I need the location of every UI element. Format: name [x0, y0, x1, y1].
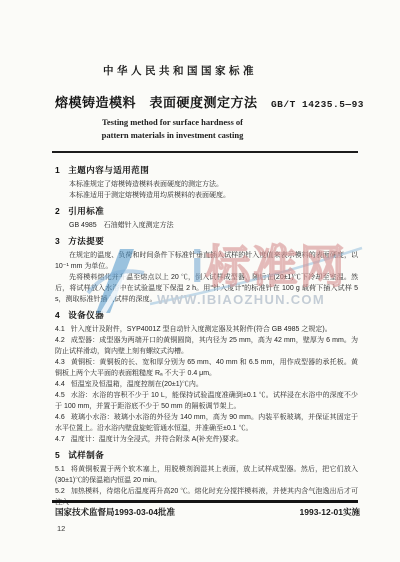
clause-text: 将黄铜板置于两个软木塞上，用脱模剂润湿其上表面，放上试样成型器。然后，把它们放入…: [55, 466, 358, 484]
clause-5-2: 5.2加热模料，待熔化后温度再升高20 ℃。熔化时充分搅拌模料液，并使其内含气泡…: [55, 486, 358, 508]
clause-number: 4.1: [55, 326, 65, 333]
clause-4-7: 4.7温度计：温度计为全浸式，并符合附录 A(补充件)要求。: [55, 434, 358, 445]
section-number: 3: [55, 236, 60, 246]
clause-5-1: 5.1将黄铜板置于两个软木塞上，用脱模剂润湿其上表面，放上试样成型器。然后，把它…: [55, 464, 358, 486]
title-en-line1: Testing method for surface hardness of: [0, 116, 345, 129]
section-3-heading: 3方法提要: [55, 236, 358, 247]
section-1-heading: 1主题内容与适用范围: [55, 165, 358, 176]
paragraph: 本标准适用于测定熔模铸造用均质模料的表面硬度。: [55, 190, 358, 201]
document-body: 1主题内容与适用范围 本标准规定了熔模铸造模料表面硬度的测定方法。 本标准适用于…: [55, 160, 358, 508]
clause-number: 4.2: [55, 337, 65, 344]
clause-number: 4.7: [55, 436, 65, 443]
section-number: 5: [55, 450, 60, 460]
clause-4-6: 4.6玻璃小水浴：玻璃小水浴的外径为 140 mm，高为 90 mm。内装平板玻…: [55, 412, 358, 434]
clause-text: 恒温室及恒温箱，温度控制在(20±1)℃内。: [71, 381, 203, 388]
clause-text: 温度计：温度计为全浸式，并符合附录 A(补充件)要求。: [71, 436, 243, 443]
document-title-en: Testing method for surface hardness of p…: [0, 116, 345, 142]
section-number: 4: [55, 310, 60, 320]
referenced-standard: GB 4985 石油蜡针入度测定方法: [55, 220, 358, 231]
section-number: 1: [55, 165, 60, 175]
clause-number: 4.4: [55, 381, 65, 388]
title-en-line2: pattern materials in investment casting: [0, 129, 345, 142]
paragraph: 在规定的温度、负荷和时间条件下标准针垂直插入试样的针入度值来表示模料的表面硬度，…: [55, 250, 358, 272]
clause-number: 5.1: [55, 466, 65, 473]
header-divider: [52, 151, 358, 153]
section-2-heading: 2引用标准: [55, 206, 358, 217]
clause-text: 黄铜板：黄铜板的长、宽和厚分别为 65 mm、40 mm 和 6.5 mm，用作…: [55, 359, 358, 377]
section-number: 2: [55, 206, 60, 216]
clause-4-1: 4.1针入度计及附件，SYP4001Z 型自动针入度测定器及其附件(符合 GB …: [55, 324, 358, 335]
clause-number: 4.5: [55, 392, 65, 399]
implementation-date: 1993-12-01实施: [300, 506, 360, 518]
section-title: 设备仪器: [68, 310, 104, 320]
scanned-standard-page: 中华人民共和国国家标准 熔模铸造模料 表面硬度测定方法 GB/T 14235.5…: [0, 0, 400, 562]
section-title: 方法提要: [68, 236, 104, 246]
clause-4-5: 4.5水浴：水浴的容积不少于 10 L，能保持试验温度准确到±0.1 ℃。试样浸…: [55, 390, 358, 412]
footer-divider: [52, 500, 358, 503]
clause-text: 水浴：水浴的容积不少于 10 L，能保持试验温度准确到±0.1 ℃。试样浸在水浴…: [55, 392, 358, 410]
country-standard-line: 中华人民共和国国家标准: [0, 63, 360, 78]
paragraph: 本标准规定了熔模铸造模料表面硬度的测定方法。: [55, 179, 358, 190]
clause-number: 4.3: [55, 359, 65, 366]
clause-text: 针入度计及附件，SYP4001Z 型自动针入度测定器及其附件(符合 GB 498…: [71, 326, 332, 333]
title-row: 熔模铸造模料 表面硬度测定方法 GB/T 14235.5—93: [55, 92, 364, 111]
section-title: 试样制备: [68, 450, 104, 460]
clause-text: 加热模料，待熔化后温度再升高20 ℃。熔化时充分搅拌模料液，并使其内含气泡逸出后…: [55, 488, 358, 506]
clause-number: 4.6: [55, 414, 65, 421]
standard-number: GB/T 14235.5—93: [271, 99, 364, 110]
page-number: 12: [57, 524, 65, 533]
approval-note: 国家技术监督局1993-03-04批准: [55, 506, 175, 518]
section-title: 主题内容与适用范围: [68, 165, 149, 175]
document-title-cn: 熔模铸造模料 表面硬度测定方法: [55, 92, 258, 111]
section-4-heading: 4设备仪器: [55, 310, 358, 321]
footer-row: 国家技术监督局1993-03-04批准 1993-12-01实施: [55, 506, 360, 518]
clause-text: 成型器：成型器为两端开口的黄铜圆筒，其内径为 25 mm，高为 42 mm，壁厚…: [55, 337, 358, 355]
clause-number: 5.2: [55, 488, 65, 495]
clause-4-2: 4.2成型器：成型器为两端开口的黄铜圆筒，其内径为 25 mm，高为 42 mm…: [55, 335, 358, 357]
section-5-heading: 5试样制备: [55, 450, 358, 461]
clause-text: 玻璃小水浴：玻璃小水浴的外径为 140 mm，高为 90 mm。内装平板玻璃，并…: [55, 414, 358, 432]
section-title: 引用标准: [68, 206, 104, 216]
paragraph: 先将模料熔化并升温至熔点以上 20 ℃，倒入试样成型器，随后在(20±1)℃下冷…: [55, 272, 358, 305]
clause-4-3: 4.3黄铜板：黄铜板的长、宽和厚分别为 65 mm、40 mm 和 6.5 mm…: [55, 357, 358, 379]
clause-4-4: 4.4恒温室及恒温箱，温度控制在(20±1)℃内。: [55, 379, 358, 390]
